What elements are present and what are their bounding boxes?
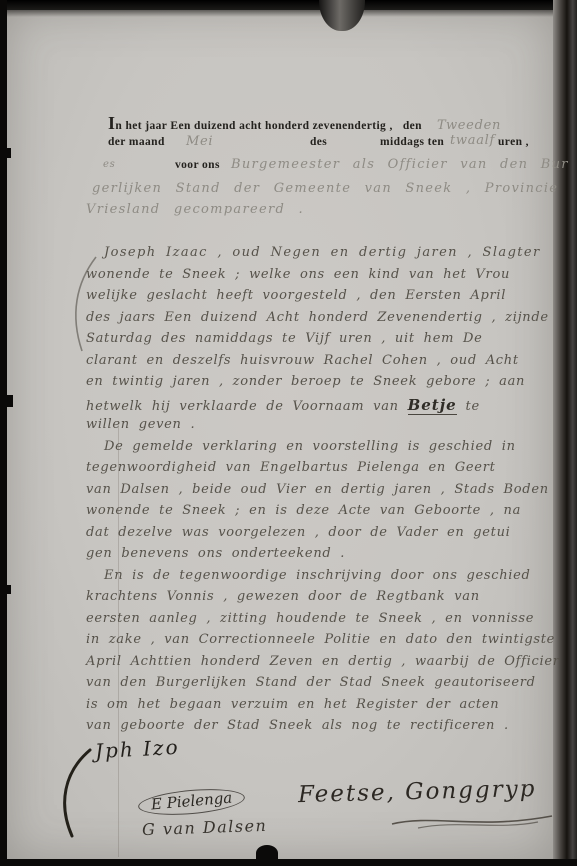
handwritten-officer-title: Burgemeester als Officier van den Bur	[231, 157, 569, 172]
header-line-2: der maand Mei des middags ten twaalf ure…	[108, 136, 548, 156]
page-edge-left	[0, 0, 7, 866]
handwritten-line: wonende te Sneek ; en is deze Acte van G…	[86, 503, 556, 525]
handwritten-line: tegenwoordigheid van Engelbartus Pieleng…	[86, 460, 556, 482]
handwritten-line: in zake , van Correctionneele Politie en…	[86, 632, 556, 654]
printed-text: den	[403, 120, 422, 132]
page-edge-bottom-notch	[256, 845, 278, 861]
header-line-3: es voor ons Burgemeester als Officier va…	[103, 159, 553, 179]
handwritten-line: clarant en deszelfs huisvrouw Rachel Coh…	[86, 353, 556, 375]
handwritten-line: van Dalsen , beide oud Vier en dertig ja…	[86, 482, 556, 504]
printed-text: der maand	[108, 136, 165, 148]
handwritten-month: Mei	[186, 134, 213, 149]
handwritten-line: van den Burgerlijken Stand der Stad Snee…	[86, 675, 556, 697]
printed-text: In het jaar Een duizend acht honderd zev…	[108, 120, 393, 132]
printed-text: voor ons	[175, 159, 220, 171]
page-edge-top	[0, 0, 577, 10]
handwritten-line: gen benevens ons onderteekend .	[86, 546, 556, 568]
handwritten-line: en twintig jaren , zonder beroep te Snee…	[86, 374, 556, 396]
margin-note: es	[103, 159, 115, 170]
handwritten-line: is om het begaan verzuim en het Register…	[86, 697, 556, 719]
document-scan: In het jaar Een duizend acht honderd zev…	[0, 0, 577, 866]
line-text: te	[457, 399, 480, 414]
handwritten-line: hetwelk hij verklaarde de Voornaam van B…	[86, 396, 556, 418]
signature-declarant: Jph Izo	[94, 735, 180, 763]
handwritten-line: krachtens Vonnis , gewezen door de Regtb…	[86, 589, 556, 611]
handwritten-line: Saturdag des namiddags te Vijf uren , ui…	[86, 331, 556, 353]
child-name: Betje	[408, 396, 457, 415]
handwritten-line: wonende te Sneek ; welke ons een kind va…	[86, 267, 556, 289]
page-edge-top-shadow	[0, 10, 577, 17]
header-line-1: In het jaar Een duizend acht honderd zev…	[108, 113, 501, 134]
printed-text: des	[310, 136, 327, 148]
handwritten-line: En is de tegenwoordige inschrijving door…	[86, 568, 556, 590]
signature-underline-flourish	[388, 810, 558, 832]
handwritten-line: Joseph Izaac , oud Negen en dertig jaren…	[86, 245, 556, 267]
line-text: hetwelk hij verklaarde de Voornaam van	[86, 399, 408, 414]
printed-text: middags ten	[380, 136, 444, 148]
handwritten-line: eersten aanleg , zitting houdende te Sne…	[86, 611, 556, 633]
handwritten-line: welijke geslacht heeft voorgesteld , den…	[86, 288, 556, 310]
handwritten-line: dat dezelve was voorgelezen , door de Va…	[86, 525, 556, 547]
signature-flourish-left	[56, 748, 96, 840]
act-body-text: Joseph Izaac , oud Negen en dertig jaren…	[86, 245, 556, 740]
page-edge-right	[553, 0, 577, 866]
page-edge-bottom	[0, 859, 577, 866]
handwritten-line: April Achttien honderd Zeven en dertig ,…	[86, 654, 556, 676]
handwritten-line: De gemelde verklaring en voorstelling is…	[86, 439, 556, 461]
header-line-4: gerlijken Stand der Gemeente van Sneek ,…	[92, 181, 558, 196]
handwritten-day: Tweeden	[437, 118, 501, 133]
handwritten-line: des jaars Een duizend Acht honderd Zeven…	[86, 310, 556, 332]
printed-text: uren ,	[498, 136, 529, 148]
handwritten-hour: twaalf	[450, 133, 495, 148]
handwritten-line: willen geven .	[86, 417, 556, 439]
header-line-5: Vriesland gecompareerd .	[86, 202, 304, 217]
